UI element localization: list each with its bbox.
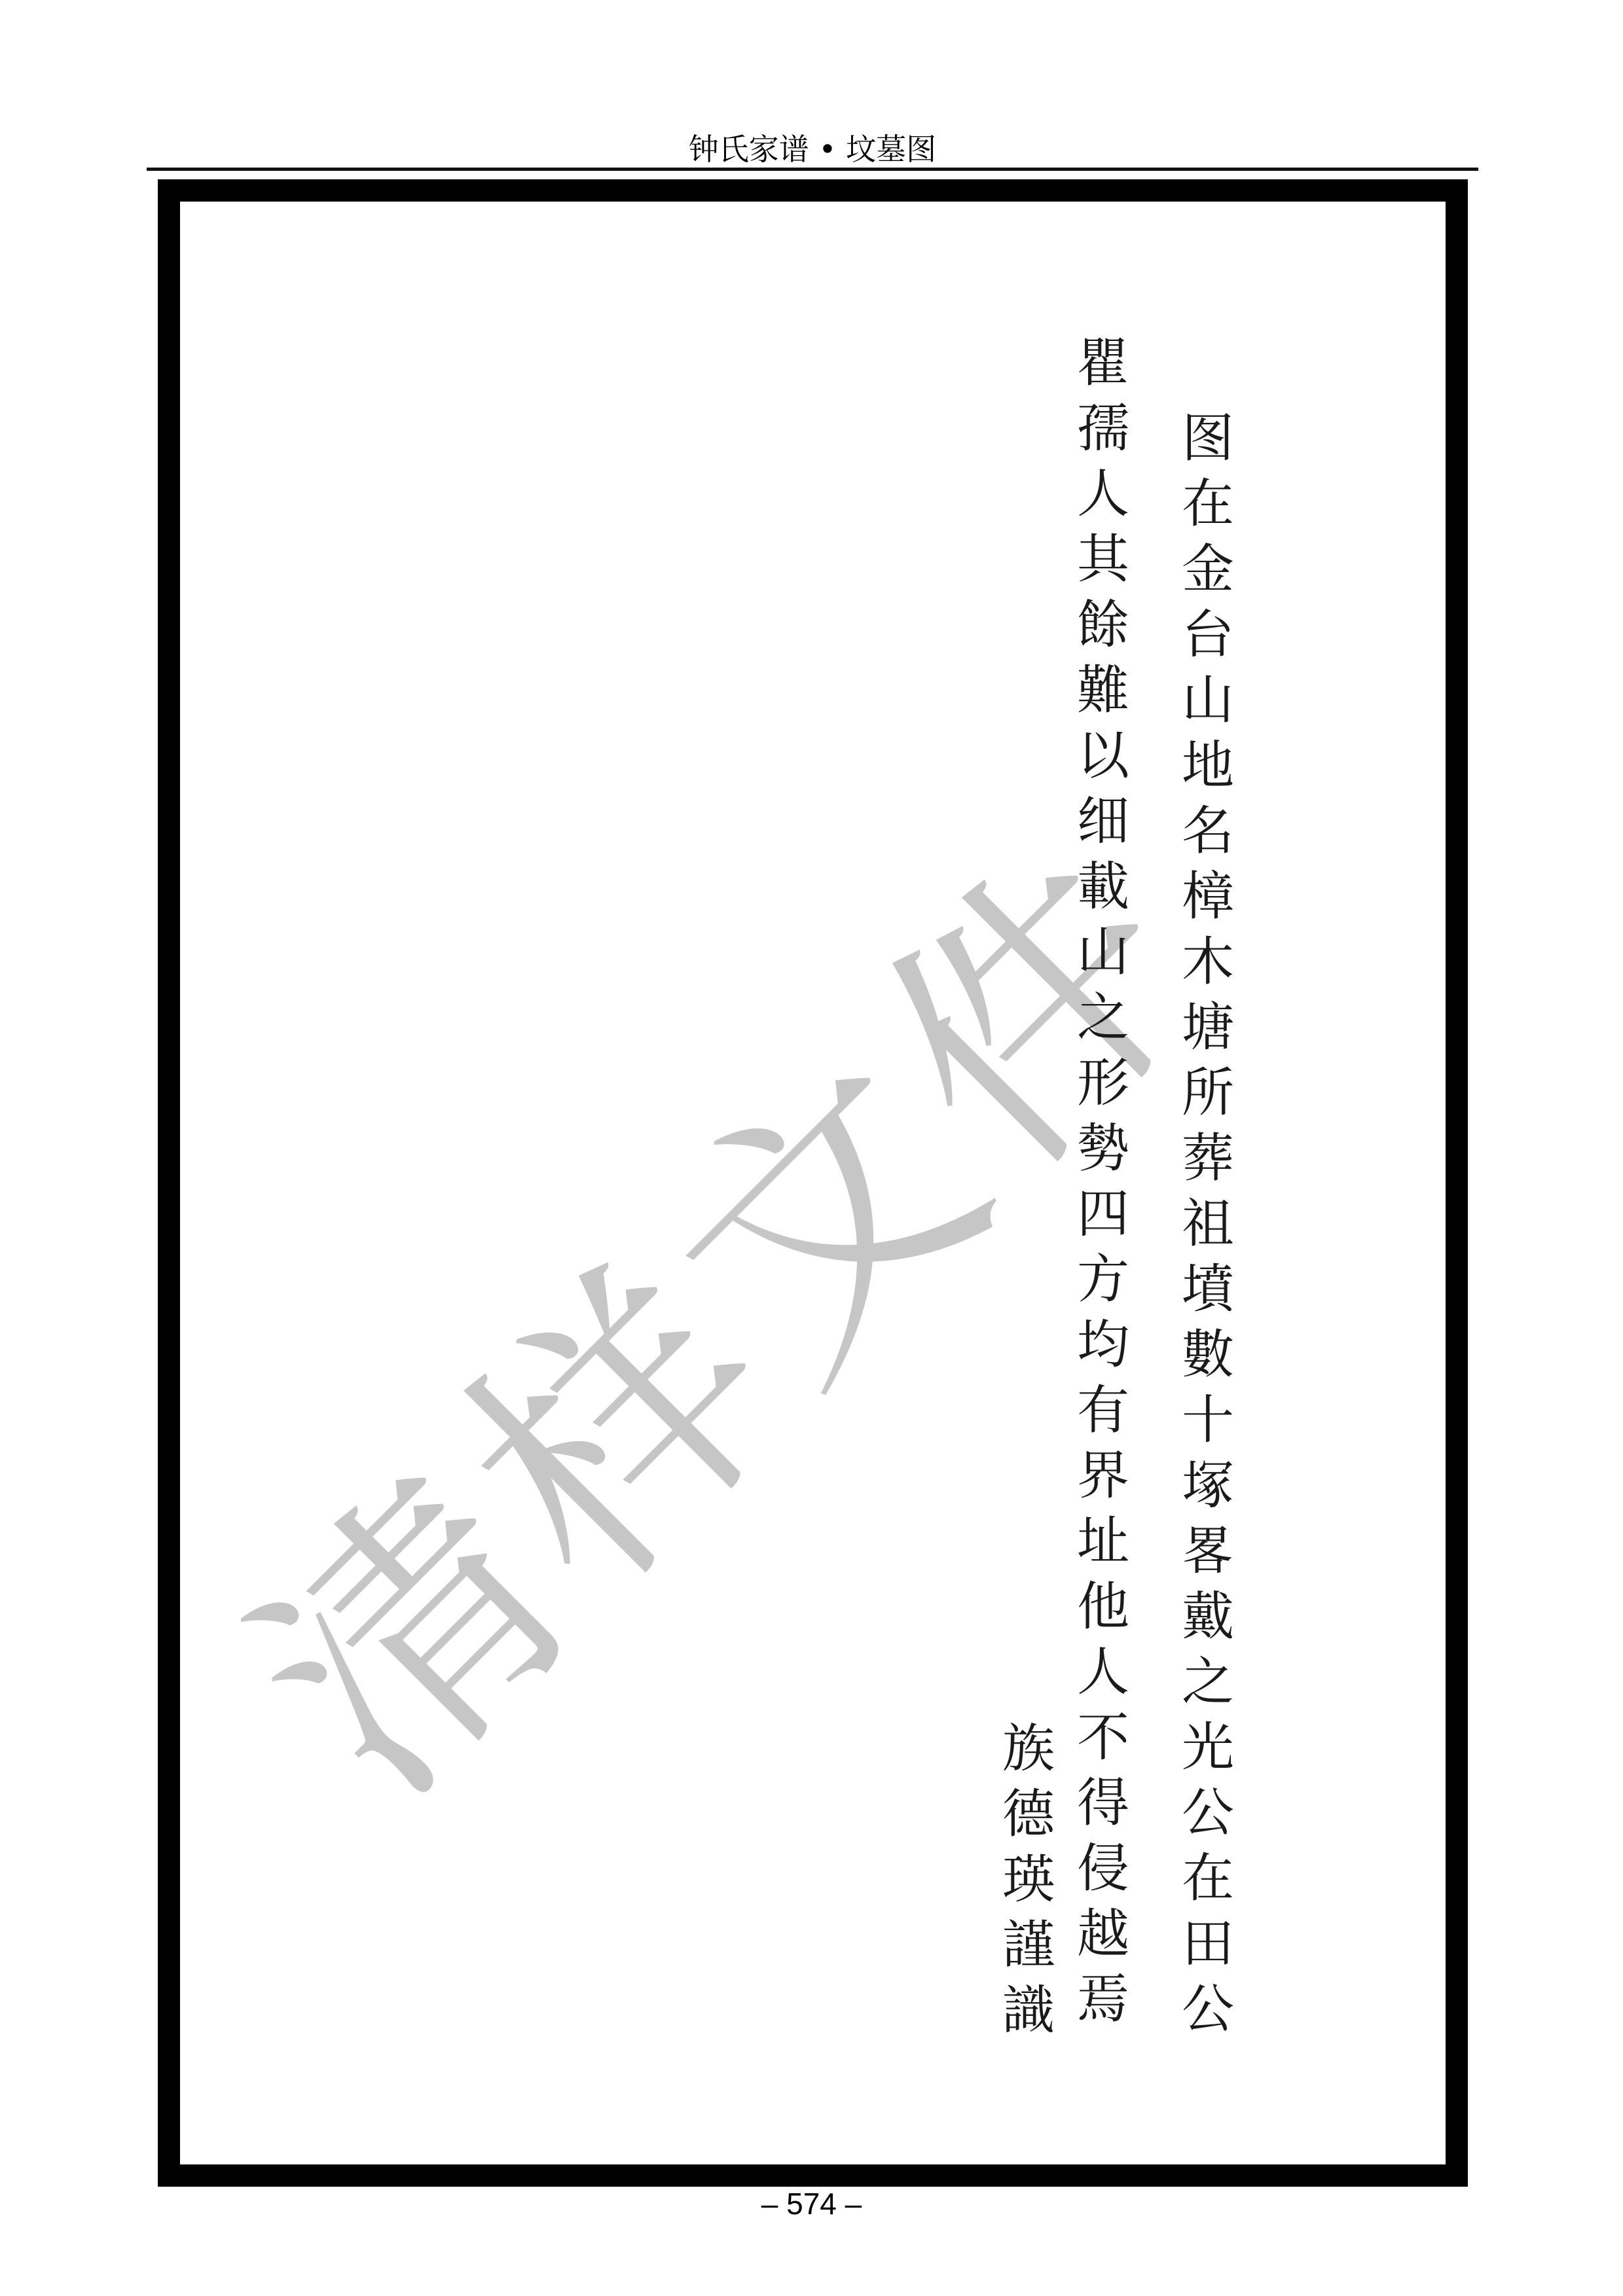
text-char: 金	[1175, 537, 1241, 602]
text-column-1: 图在金台山地名樟木塘所葬祖墳數十塚畧戴之光公在田公	[1175, 406, 1241, 2042]
text-column-signature: 族德瑛謹識	[996, 1716, 1061, 2043]
text-char: 地	[1175, 733, 1241, 798]
text-char: 祖	[1175, 1191, 1241, 1257]
text-char: 識	[996, 1978, 1061, 2043]
text-char: 德	[996, 1782, 1061, 1847]
text-char: 四	[1070, 1181, 1136, 1247]
text-char: 山	[1070, 920, 1136, 985]
text-char: 侵	[1070, 1836, 1136, 1901]
text-char: 數	[1175, 1322, 1241, 1388]
text-char: 他	[1070, 1574, 1136, 1640]
text-char: 墳	[1175, 1257, 1241, 1322]
text-char: 在	[1175, 1846, 1241, 1911]
text-char: 均	[1070, 1312, 1136, 1378]
page-number: – 574 –	[0, 2187, 1623, 2220]
text-char: 之	[1070, 985, 1136, 1050]
text-char: 瞿	[1070, 331, 1136, 396]
text-char: 田	[1175, 1911, 1241, 1977]
page-header-title: 钟氏家谱 • 坟墓图	[147, 131, 1478, 168]
text-char: 餘	[1070, 592, 1136, 658]
text-char: 人	[1070, 461, 1136, 527]
text-char: 址	[1070, 1509, 1136, 1574]
text-char: 以	[1070, 723, 1136, 789]
text-char: 得	[1070, 1770, 1136, 1836]
text-char: 族	[996, 1716, 1061, 1782]
text-char: 瑛	[996, 1847, 1061, 1912]
text-char: 方	[1070, 1247, 1136, 1312]
text-char: 戴	[1175, 1584, 1241, 1649]
text-char: 葬	[1175, 1126, 1241, 1191]
text-char: 載	[1070, 854, 1136, 920]
text-char: 謹	[996, 1912, 1061, 1978]
text-char: 樟	[1175, 864, 1241, 929]
text-char: 難	[1070, 658, 1136, 723]
text-char: 名	[1175, 798, 1241, 864]
text-char: 之	[1175, 1649, 1241, 1715]
text-char: 细	[1070, 789, 1136, 854]
text-char: 界	[1070, 1443, 1136, 1509]
text-char: 其	[1070, 527, 1136, 592]
header-rule	[147, 168, 1478, 171]
text-char: 光	[1175, 1715, 1241, 1780]
text-char: 公	[1175, 1780, 1241, 1846]
text-char: 台	[1175, 602, 1241, 668]
text-char: 越	[1070, 1901, 1136, 1967]
text-char: 图	[1175, 406, 1241, 471]
text-char: 山	[1175, 668, 1241, 733]
text-char: 畧	[1175, 1518, 1241, 1584]
text-char: 十	[1175, 1388, 1241, 1453]
text-char: 公	[1175, 1977, 1241, 2042]
text-char: 形	[1070, 1050, 1136, 1116]
text-column-2: 瞿孺人其餘難以细載山之形勢四方均有界址他人不得侵越焉	[1070, 331, 1136, 2032]
text-char: 有	[1070, 1378, 1136, 1443]
text-char: 焉	[1070, 1967, 1136, 2032]
text-char: 所	[1175, 1060, 1241, 1126]
text-char: 木	[1175, 929, 1241, 995]
text-char: 在	[1175, 471, 1241, 537]
text-char: 塘	[1175, 995, 1241, 1060]
text-char: 孺	[1070, 396, 1136, 461]
text-char: 不	[1070, 1705, 1136, 1770]
text-char: 勢	[1070, 1116, 1136, 1181]
text-char: 人	[1070, 1640, 1136, 1705]
text-char: 塚	[1175, 1453, 1241, 1518]
